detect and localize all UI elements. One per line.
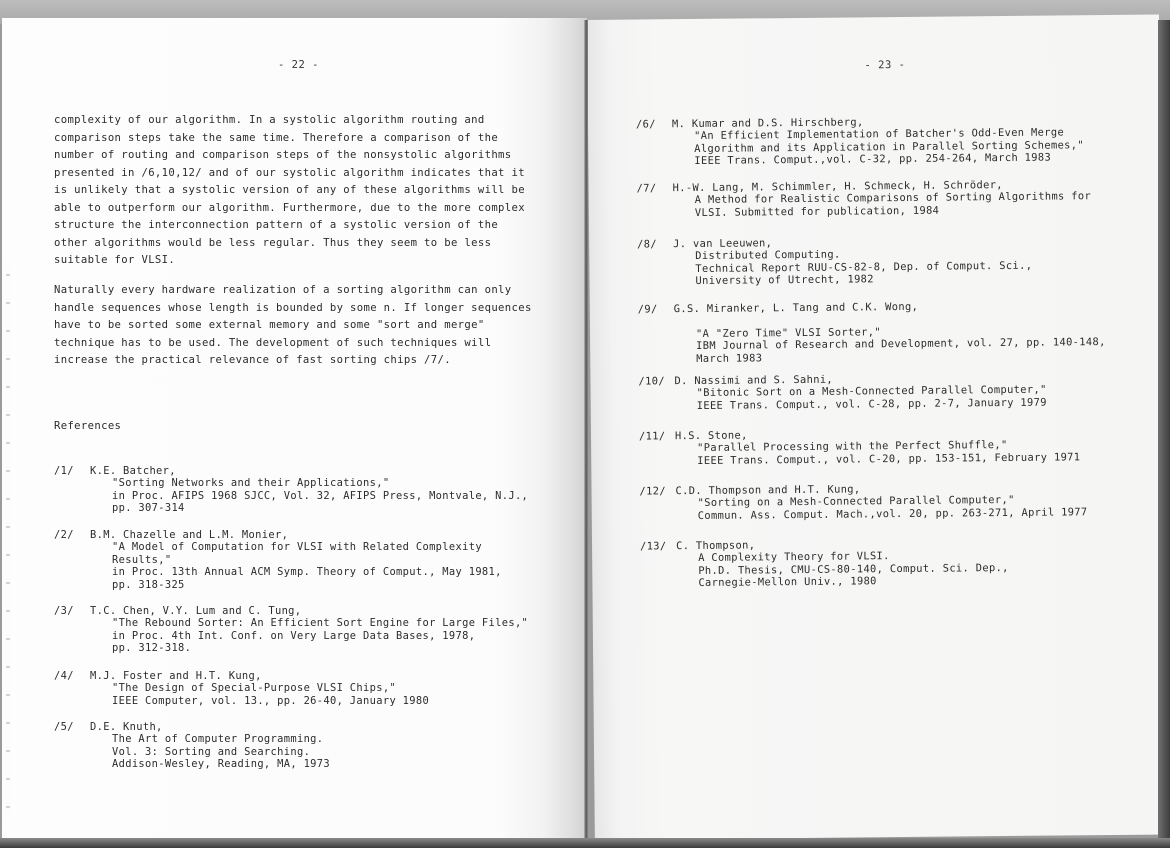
reference-details: "A Model of Computation for VLSI with Re… (112, 541, 502, 591)
references-heading: References (54, 420, 121, 432)
paragraph-hardware-realization: Naturally every hardware realization of … (54, 282, 532, 370)
reference-details: "Bitonic Sort on a Mesh-Connected Parall… (697, 384, 1047, 412)
reference-number: /5/ (54, 721, 74, 733)
reference-authors: H.S. Stone, (675, 429, 748, 442)
reference-number: /1/ (54, 465, 74, 477)
page-number: - 22 - (278, 59, 319, 71)
reference-number: /6/ (636, 118, 656, 131)
reference-authors: D.E. Knuth, (90, 721, 163, 733)
paragraph-systolic-comparison: complexity of our algorithm. In a systol… (54, 112, 525, 270)
reference-number: /9/ (638, 303, 658, 316)
reference-details: "Sorting Networks and their Applications… (112, 477, 528, 514)
reference-authors: C. Thompson, (676, 539, 755, 552)
reference-details: "A "Zero Time" VLSI Sorter,"IBM Journal … (696, 311, 1106, 364)
reference-authors: K.E. Batcher, (90, 465, 176, 477)
reference-number: /11/ (639, 430, 666, 443)
page-edge-shadow (0, 838, 1170, 848)
reference-details: "The Rebound Sorter: An Efficient Sort E… (112, 617, 528, 654)
reference-details: "An Efficient Implementation of Batcher'… (694, 127, 1084, 168)
reference-details: "Parallel Processing with the Perfect Sh… (697, 439, 1080, 467)
reference-details: "The Design of Special-Purpose VLSI Chip… (112, 682, 429, 707)
reference-authors: T.C. Chen, V.Y. Lum and C. Tung, (90, 605, 301, 617)
reference-number: /12/ (639, 485, 666, 498)
reference-details: Distributed Computing.Technical Report R… (695, 247, 1032, 287)
reference-number: /2/ (54, 529, 74, 541)
left-page: - 22 - complexity of our algorithm. In a… (2, 18, 587, 840)
reference-details: "Sorting on a Mesh-Connected Parallel Co… (698, 494, 1088, 523)
right-page: - 23 - /6/M. Kumar and D.S. Hirschberg,"… (587, 15, 1167, 840)
reference-number: /4/ (54, 670, 74, 682)
reference-details: A Complexity Theory for VLSI.Ph.D. Thesi… (698, 549, 1009, 589)
reference-number: /8/ (637, 238, 657, 251)
reference-authors: M.J. Foster and H.T. Kung, (90, 670, 262, 682)
book-spine (584, 20, 588, 842)
reference-number: /7/ (637, 182, 657, 195)
page-edge-shadow (1158, 20, 1170, 848)
margin-binding-marks (6, 260, 10, 820)
reference-details: The Art of Computer Programming.Vol. 3: … (112, 733, 330, 770)
reference-authors: B.M. Chazelle and L.M. Monier, (90, 529, 288, 541)
reference-number: /10/ (638, 375, 665, 388)
reference-number: /13/ (640, 540, 667, 553)
reference-details: A Method for Realistic Comparisons of So… (695, 191, 1092, 220)
page-number: - 23 - (864, 59, 905, 71)
reference-authors: J. van Leeuwen, (673, 237, 772, 250)
reference-number: /3/ (54, 605, 74, 617)
